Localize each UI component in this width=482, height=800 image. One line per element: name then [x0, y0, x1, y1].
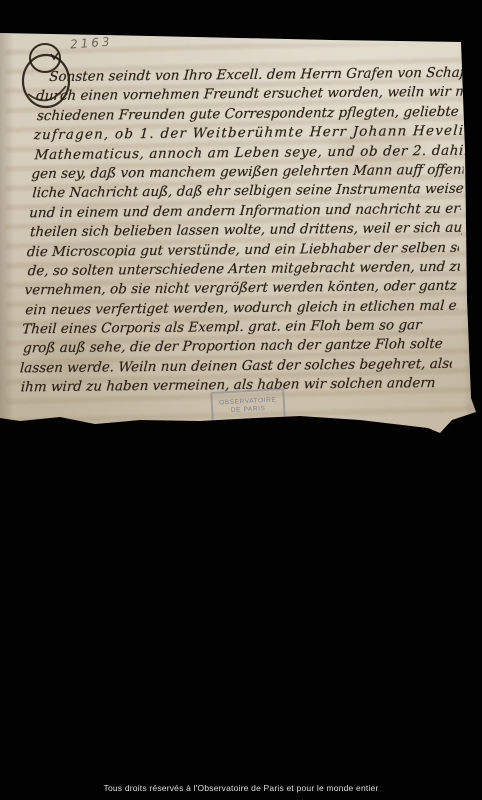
stamp-line-2: DE PARIS	[231, 405, 266, 415]
observatoire-stamp: OBSERVATOIRE DE PARIS	[210, 388, 286, 423]
manuscript-page: 2163 Sonsten seindt von Ihro Excell. dem…	[0, 0, 482, 460]
archive-number: 2163	[70, 35, 113, 52]
document-viewer: 2163 Sonsten seindt von Ihro Excell. dem…	[0, 0, 482, 800]
manuscript-text: Sonsten seindt von Ihro Excell. dem Herr…	[18, 64, 470, 398]
copyright-caption: Tous droits réservés à l'Observatoire de…	[0, 783, 482, 793]
